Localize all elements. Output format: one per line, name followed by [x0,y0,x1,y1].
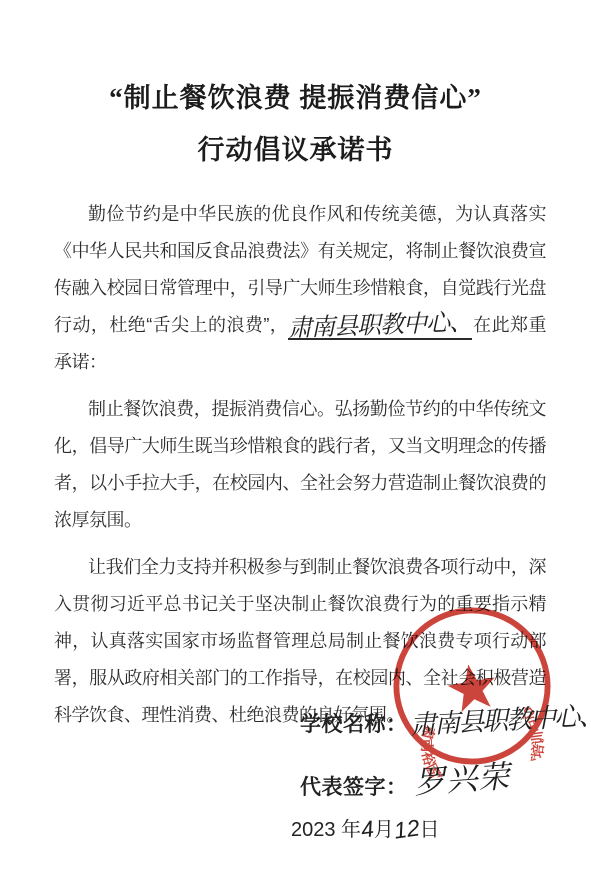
document-title-line2: 行动倡议承诺书 [0,128,591,167]
document-page: “制止餐饮浪费 提振消费信心” 行动倡议承诺书 勤俭节约是中华民族的优良作风和传… [0,0,591,886]
representative-signature-handwriting: 罗兴荣 [412,751,511,803]
school-name-handwriting-inline: 肃南县职教中心、 [288,310,473,342]
date-month-unit: 月 [374,819,394,841]
school-name-row: 学校名称：肃南县职教中心、 [300,702,591,739]
school-name-handwriting: 肃南县职教中心、 [409,695,591,742]
date-day-unit: 日 [419,819,439,841]
document-title-line1: “制止餐饮浪费 提振消费信心” [0,76,591,115]
school-name-blank-line: 肃南县职教中心、 [288,311,472,340]
date-day-handwriting: 12 [392,814,421,844]
date-row: 2023 年4月12日 [291,813,439,842]
paragraph-2: 制止餐饮浪费，提振消费信心。弘扬勤俭节约的中华传统文化，倡导广大师生既当珍惜粮食… [54,391,546,539]
representative-signature-label: 代表签字： [300,776,408,799]
school-name-label: 学校名称： [300,713,408,736]
representative-signature-row: 代表签字：罗兴荣 [300,758,510,803]
date-year-printed: 2023 年 [291,819,361,841]
paragraph-1: 勤俭节约是中华民族的优良作风和传统美德，为认真落实《中华人民共和国反食品浪费法》… [54,196,546,381]
